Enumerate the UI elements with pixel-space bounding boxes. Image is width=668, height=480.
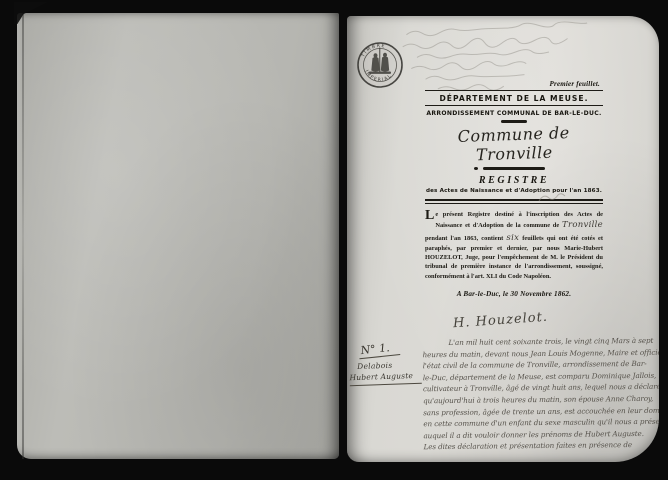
divider-rule xyxy=(425,105,603,106)
commune-script-line: Commune de Tronville xyxy=(424,122,603,166)
sheet-number-note: Premier feuillet. xyxy=(425,80,603,88)
declaration-paragraph: Le présent Registre destiné à l'inscript… xyxy=(425,210,603,281)
act-number: N° 1. xyxy=(358,340,400,359)
act-line: Les dites déclaration et présentation fa… xyxy=(423,439,659,453)
handwritten-birth-act: L'an mil huit cent soixante trois, le vi… xyxy=(422,335,659,453)
margin-firstnames: Hubert Auguste xyxy=(349,371,421,387)
department-heading: DÉPARTEMENT DE LA MEUSE. xyxy=(425,94,603,103)
drop-cap: L xyxy=(425,210,434,221)
timbre-imperial-seal-icon: TIMBRE IMPERIAL xyxy=(356,41,404,89)
printed-title-block: Premier feuillet. DÉPARTEMENT DE LA MEUS… xyxy=(425,80,603,298)
right-title-page: TIMBRE IMPERIAL Premier feuillet. DÉPART… xyxy=(347,16,659,462)
left-blank-page xyxy=(17,13,339,459)
register-subtitle: des Actes de Naissance et d'Adoption pou… xyxy=(425,188,603,194)
ornament-rule xyxy=(483,167,545,170)
judge-signature: H. Houzelot. xyxy=(453,310,549,332)
divider-rule xyxy=(425,90,603,91)
double-rule-divider xyxy=(425,199,603,204)
handwritten-count-insert: six xyxy=(506,233,519,243)
register-title: REGISTRE xyxy=(425,175,603,186)
declaration-text-2: pendant l'an 1863, contient xyxy=(425,235,506,242)
small-ornament-rule xyxy=(501,120,527,123)
registry-scan: TIMBRE IMPERIAL Premier feuillet. DÉPART… xyxy=(0,0,668,480)
act-margin-note: N° 1. Delabois Hubert Auguste xyxy=(348,336,422,386)
pencil-mark xyxy=(537,192,567,206)
place-date-line: A Bar-le-Duc, le 30 Novembre 1862. xyxy=(425,290,603,298)
margin-surname: Delabois xyxy=(357,360,421,371)
page-edge-line xyxy=(22,13,24,459)
handwritten-commune-insert: Tronville xyxy=(562,220,603,230)
district-heading: ARRONDISSEMENT COMMUNAL DE BAR-LE-DUC. xyxy=(425,110,603,117)
